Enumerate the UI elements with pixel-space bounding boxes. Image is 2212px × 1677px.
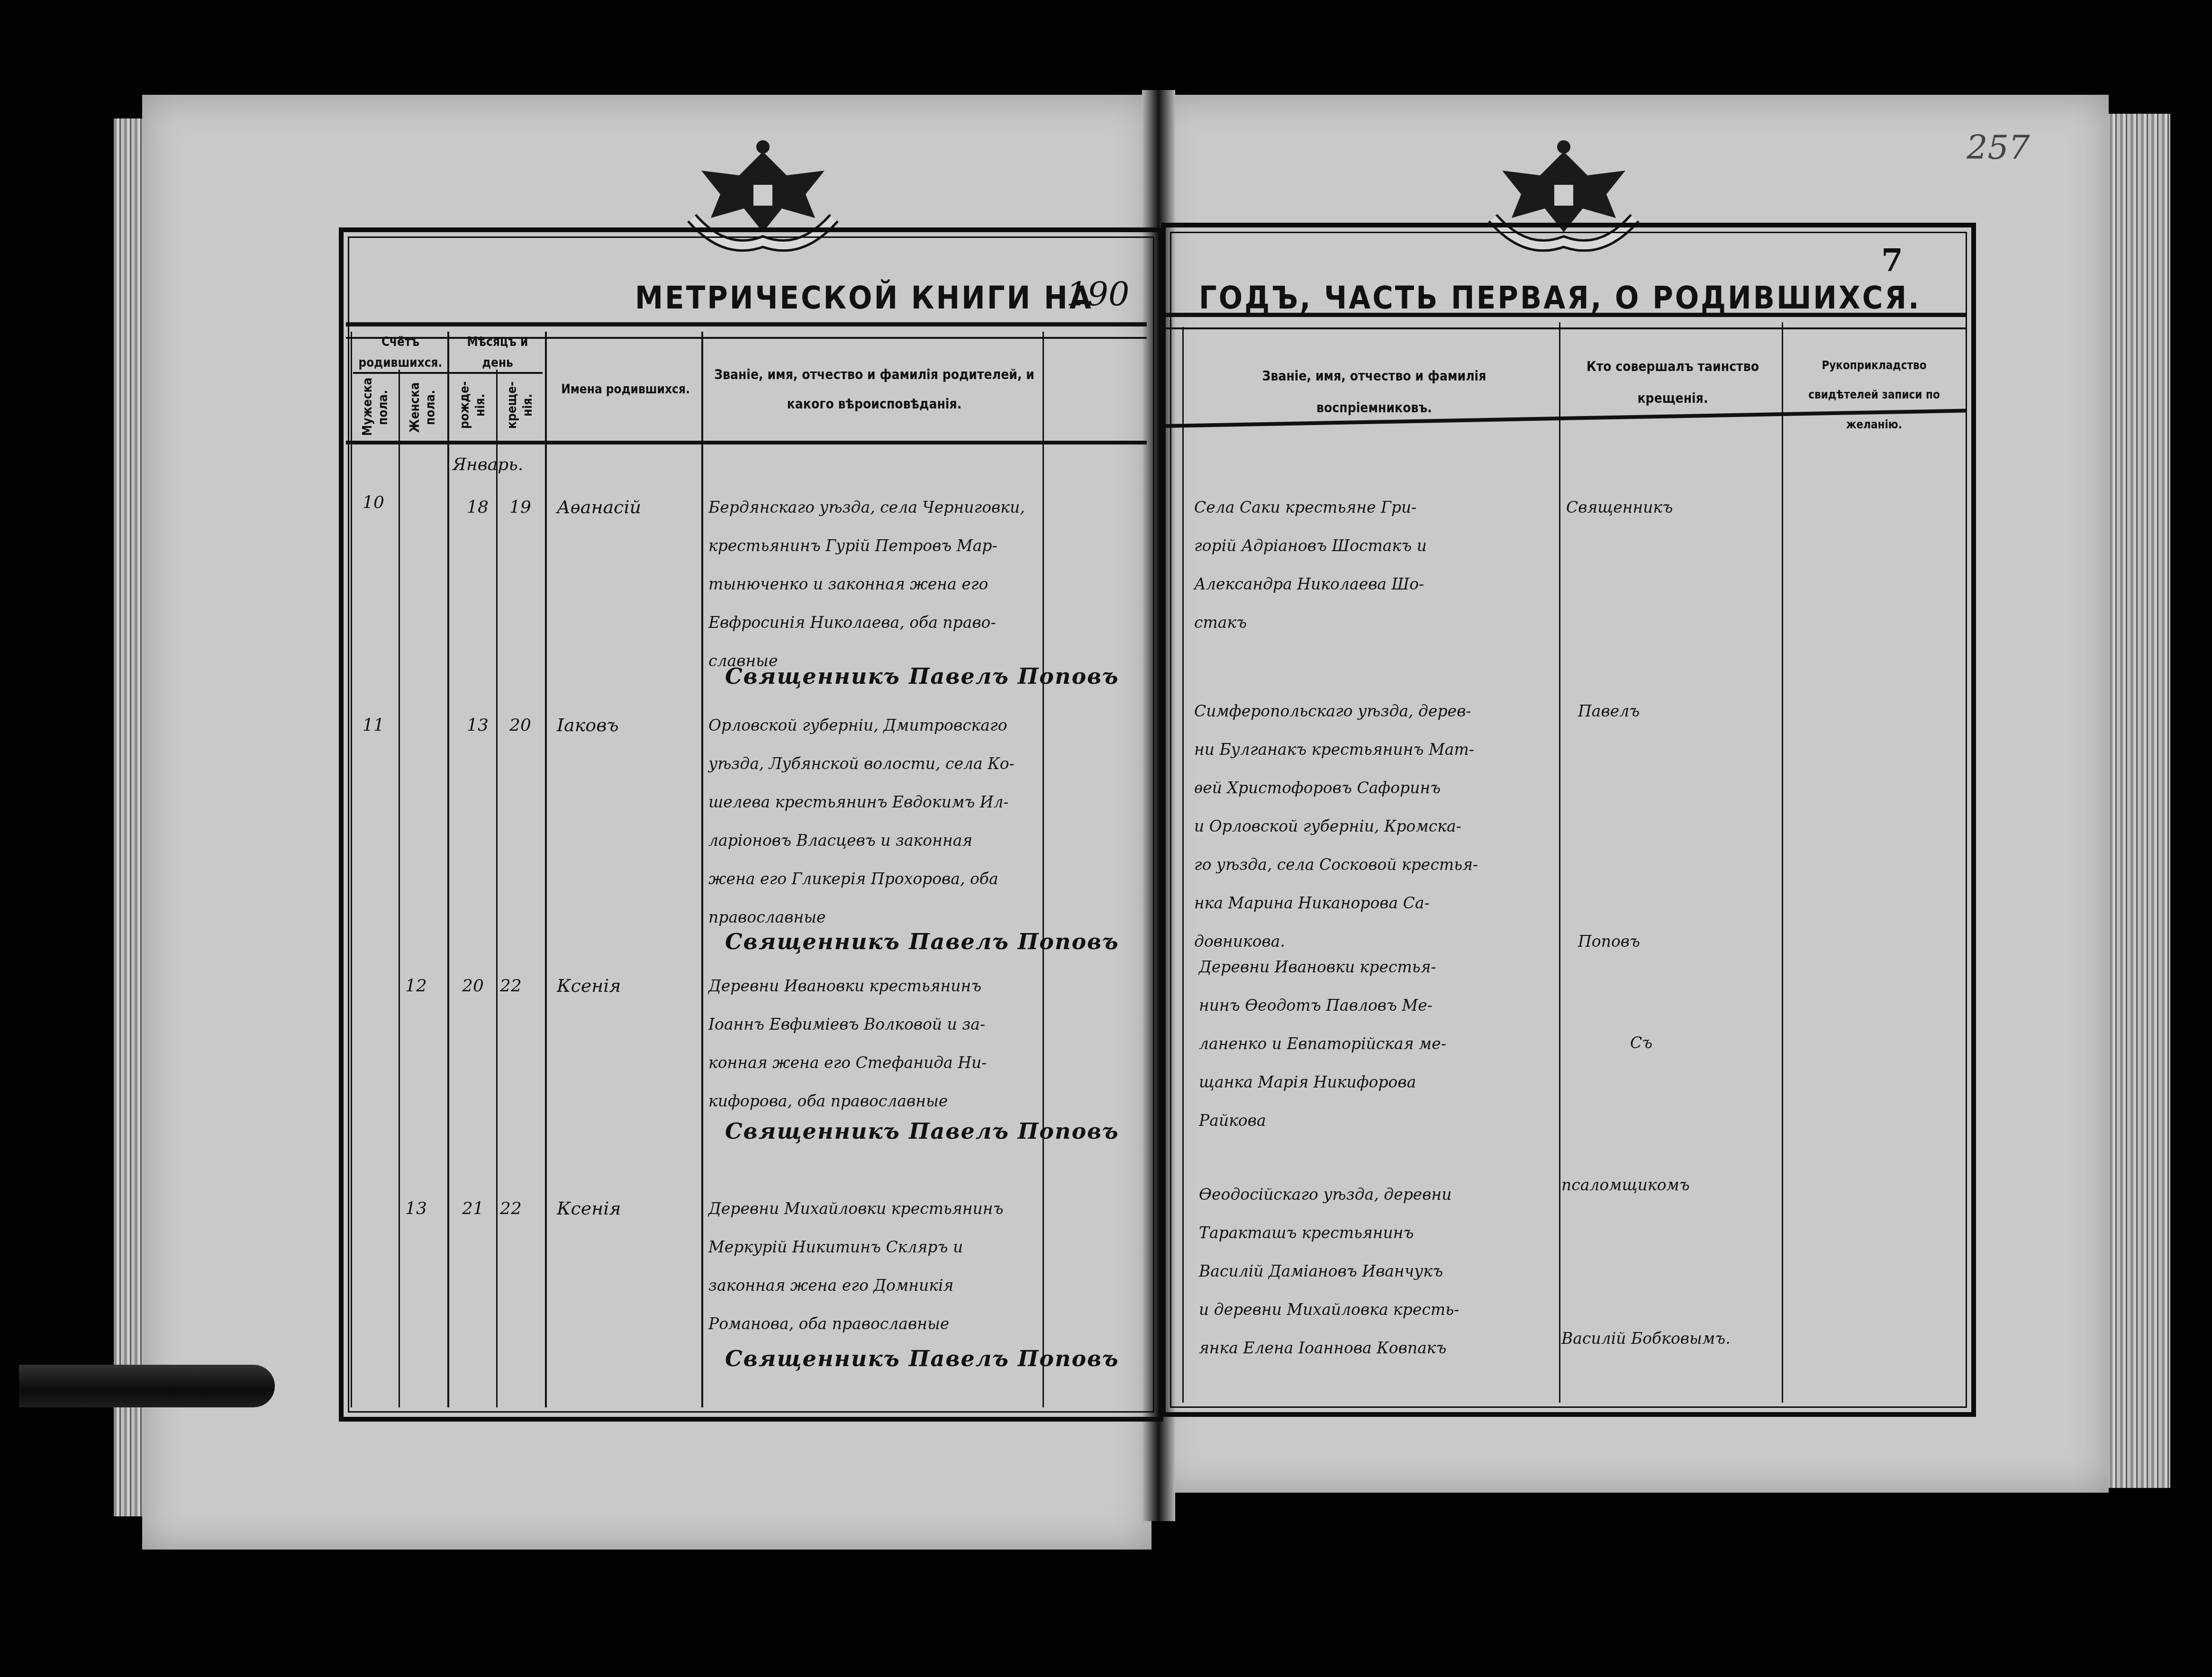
entry-3-name: Ксенія [557,967,621,1005]
entry-2-born: 13 [467,716,489,735]
title-left: МЕТРИЧЕСКОЙ КНИГИ НА [635,280,1093,316]
entry-1-name: Аѳанасій [557,488,641,526]
entry-3-officiant: Съ [1630,1024,1652,1062]
entry-2-baptized: 20 [509,716,531,735]
month-label: Январь. [453,455,523,474]
page-number: 7 [1881,242,1905,279]
entry-4-female-no: 13 [405,1199,427,1218]
col-line [399,370,400,1407]
header-parents: Званіе, имя, отчество и фамилія родителе… [706,360,1043,418]
header-date-birth: рожде-нія. [457,379,495,431]
col-line [1182,327,1184,1403]
year-handwritten: 190 [1066,275,1130,314]
header-count-female: Женска пола. [408,379,445,436]
col-line [701,332,703,1407]
right-page-edges [2099,114,2170,1488]
entry-1-baptized: 19 [509,498,531,517]
title-right: ГОДЪ, ЧАСТЬ ПЕРВАЯ, О РОДИВШИХСЯ. [1199,280,1921,316]
entry-4-signature: Священникъ Павелъ Поповъ [725,1346,1119,1371]
entry-3-baptized: 22 [500,976,522,996]
header-officiant: Кто совершалъ таинство крещенія. [1568,351,1777,414]
entry-4-officiant: псаломщикомъ Василій Бобковымъ. [1561,1166,1731,1358]
bookmark-icon [19,1365,275,1407]
entry-4-parents: Деревни Михайловки крестьянинъ Меркурій … [708,1189,1045,1343]
header-date-group: Мѣсяцъ и день [453,332,543,373]
header-names: Имена родившихся. [550,379,701,400]
entry-3-parents: Деревни Ивановки крестьянинъ Іоаннъ Евфи… [708,967,1045,1120]
entry-2-officiant: Павелъ Поповъ [1578,692,1640,961]
entry-1-officiant: Священникъ [1566,488,1673,526]
header-top-rule-right [1166,313,1967,329]
entry-3-born: 20 [462,976,484,996]
entry-2-parents: Орловской губерніи, Дмитровскаго уѣзда, … [708,706,1045,936]
entry-1-male-no: 10 [363,493,384,512]
archive-folio-number: 257 [1967,128,2030,167]
header-godparents: Званіе, имя, отчество и фамилія воспріем… [1232,360,1516,424]
entry-1-signature: Священникъ Павелъ Поповъ [725,663,1119,689]
entry-4-godparents: Ѳеодосійскаго уѣзда, деревни Таракташъ к… [1199,1175,1568,1367]
header-witnesses: Рукоприкладство свидѣтелей записи по жел… [1786,351,1962,439]
entry-1-godparents: Села Саки крестьяне Гри- горій Адріановъ… [1194,488,1559,642]
entry-4-born: 21 [462,1199,484,1218]
col-line [496,370,498,1407]
header-count-male: Мужеска пола. [360,379,398,436]
entry-2-signature: Священникъ Павелъ Поповъ [725,929,1119,954]
entry-4-baptized: 22 [500,1199,522,1218]
entry-1-born: 18 [467,498,489,517]
header-bottom-rule-left [346,441,1147,444]
col-line [1782,322,1783,1403]
header-date-baptism: креще-нія. [505,379,543,431]
entry-2-male-no: 11 [363,716,384,735]
entry-3-godparents: Деревни Ивановки крестья- нинъ Ѳеодотъ П… [1199,948,1564,1140]
col-line [447,332,449,1407]
entry-2-name: Іаковъ [557,706,619,744]
entry-4-name: Ксенія [557,1189,621,1228]
col-line [545,332,547,1407]
col-line [351,332,352,1407]
entry-3-female-no: 12 [405,976,427,996]
entry-2-godparents: Симферопольскаго уѣзда, дерев- ни Булган… [1194,692,1559,961]
header-count-group: Счётъ родившихся. [353,332,448,373]
entry-1-parents: Бердянскаго уѣзда, села Черниговки, крес… [708,488,1045,680]
entry-3-signature: Священникъ Павелъ Поповъ [725,1118,1119,1144]
